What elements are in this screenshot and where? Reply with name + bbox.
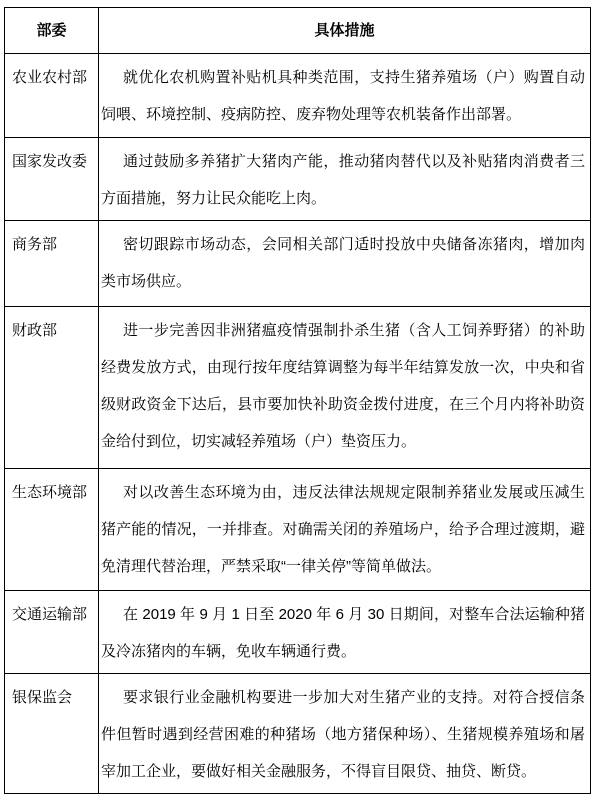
ministry-cell: 农业农村部: [5, 54, 99, 138]
ministry-cell: 银保监会: [5, 674, 99, 794]
ministry-measures-table: 部委 具体措施 农业农村部 就优化农机购置补贴机具种类范围，支持生猪养殖场（户）…: [4, 7, 591, 794]
measure-cell: 密切跟踪市场动态，会同相关部门适时投放中央储备冻猪肉，增加肉类市场供应。: [99, 221, 591, 307]
measure-cell: 进一步完善因非洲猪瘟疫情强制扑杀生猪（含人工饲养野猪）的补助经费发放方式，由现行…: [99, 307, 591, 469]
document-page: 部委 具体措施 农业农村部 就优化农机购置补贴机具种类范围，支持生猪养殖场（户）…: [0, 0, 598, 799]
table-row: 农业农村部 就优化农机购置补贴机具种类范围，支持生猪养殖场（户）购置自动饲喂、环…: [5, 54, 591, 138]
measures-column-header: 具体措施: [99, 8, 591, 54]
table-row: 商务部 密切跟踪市场动态，会同相关部门适时投放中央储备冻猪肉，增加肉类市场供应。: [5, 221, 591, 307]
ministry-cell: 财政部: [5, 307, 99, 469]
table-row: 生态环境部 对以改善生态环境为由，违反法律法规规定限制养猪业发展或压减生猪产能的…: [5, 469, 591, 591]
measure-cell: 对以改善生态环境为由，违反法律法规规定限制养猪业发展或压减生猪产能的情况，一并排…: [99, 469, 591, 591]
table-row: 财政部 进一步完善因非洲猪瘟疫情强制扑杀生猪（含人工饲养野猪）的补助经费发放方式…: [5, 307, 591, 469]
table-row: 交通运输部 在 2019 年 9 月 1 日至 2020 年 6 月 30 日期…: [5, 591, 591, 674]
ministry-cell: 国家发改委: [5, 138, 99, 221]
table-header-row: 部委 具体措施: [5, 8, 591, 54]
measure-cell: 通过鼓励多养猪扩大猪肉产能，推动猪肉替代以及补贴猪肉消费者三方面措施，努力让民众…: [99, 138, 591, 221]
measure-cell: 就优化农机购置补贴机具种类范围，支持生猪养殖场（户）购置自动饲喂、环境控制、疫病…: [99, 54, 591, 138]
table-row: 银保监会 要求银行业金融机构要进一步加大对生猪产业的支持。对符合授信条件但暂时遇…: [5, 674, 591, 794]
measure-cell: 在 2019 年 9 月 1 日至 2020 年 6 月 30 日期间，对整车合…: [99, 591, 591, 674]
ministry-cell: 交通运输部: [5, 591, 99, 674]
ministry-cell: 生态环境部: [5, 469, 99, 591]
ministry-cell: 商务部: [5, 221, 99, 307]
table-row: 国家发改委 通过鼓励多养猪扩大猪肉产能，推动猪肉替代以及补贴猪肉消费者三方面措施…: [5, 138, 591, 221]
ministry-column-header: 部委: [5, 8, 99, 54]
measure-cell: 要求银行业金融机构要进一步加大对生猪产业的支持。对符合授信条件但暂时遇到经营困难…: [99, 674, 591, 794]
